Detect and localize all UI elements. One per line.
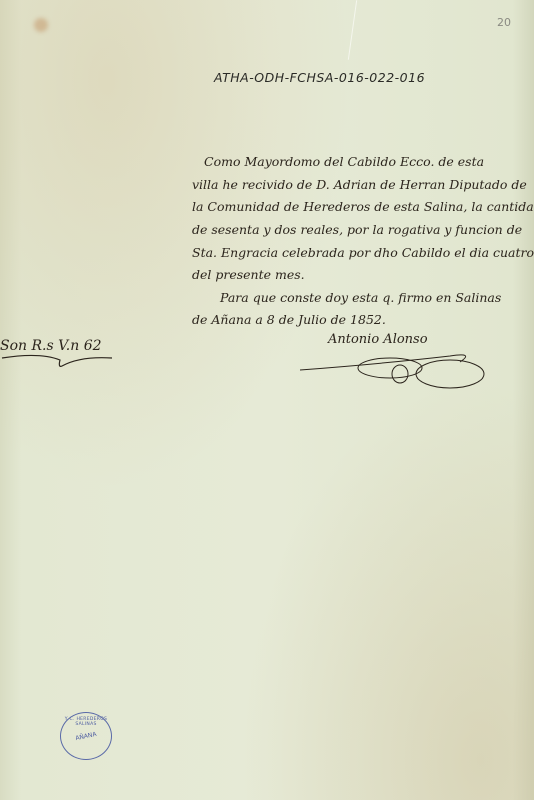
archive-stamp: Y C. HEREDEROS SALINAS AÑANA <box>60 712 112 760</box>
paper-fold <box>348 0 357 60</box>
document-page: 20 ATHA-ODH-FCHSA-016-022-016 Como Mayor… <box>0 0 534 800</box>
folio-number: 20 <box>497 16 511 29</box>
body-line: de sesenta y dos reales, por la rogativa… <box>192 222 522 237</box>
archive-reference: ATHA-ODH-FCHSA-016-022-016 <box>214 70 425 85</box>
margin-rubric-flourish <box>0 350 120 370</box>
body-line: Como Mayordomo del Cabildo Ecco. de esta <box>204 154 484 169</box>
signature-rubric-flourish <box>300 340 500 390</box>
stamp-center-text: AÑANA <box>61 728 111 745</box>
body-line: villa he recivido de D. Adrian de Herran… <box>192 177 527 192</box>
paper-stain <box>34 18 48 32</box>
body-line: Sta. Engracia celebrada por dho Cabildo … <box>192 245 534 260</box>
body-line: Para que conste doy esta q. firmo en Sal… <box>220 290 501 305</box>
body-line: la Comunidad de Herederos de esta Salina… <box>192 199 534 214</box>
body-line: del presente mes. <box>192 267 305 282</box>
stamp-ring-text: Y C. HEREDEROS SALINAS <box>61 717 111 727</box>
body-line: de Añana a 8 de Julio de 1852. <box>192 312 386 327</box>
